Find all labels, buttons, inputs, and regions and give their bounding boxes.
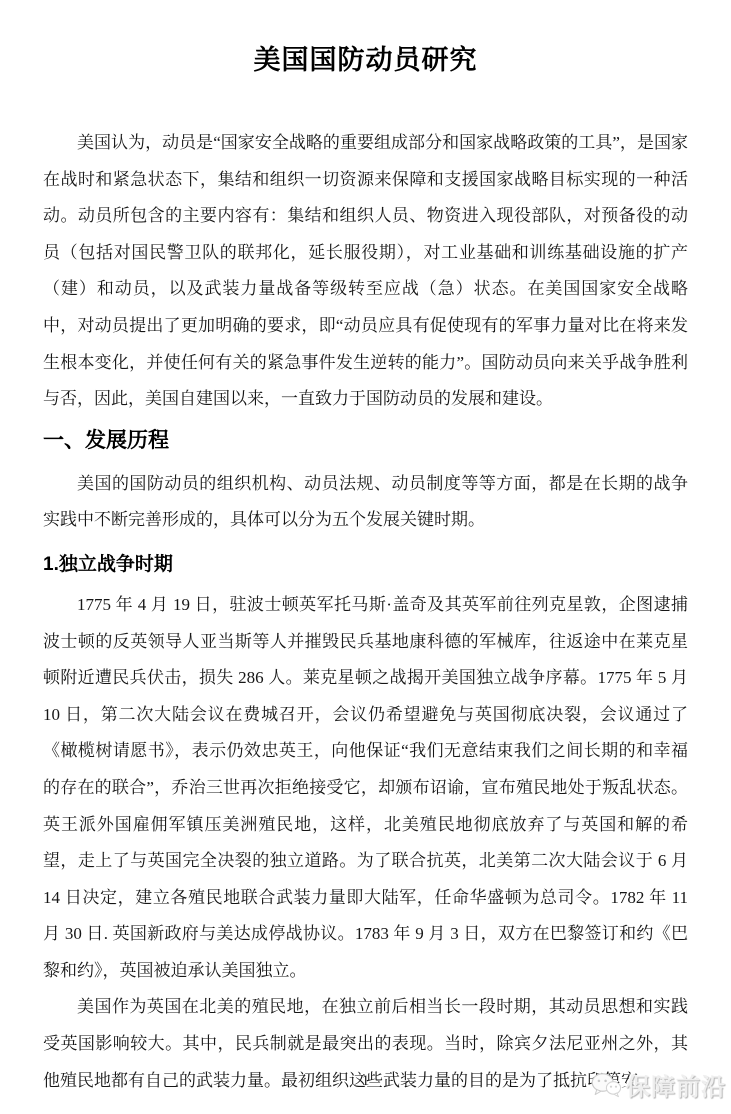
section-lead-paragraph: 美国的国防动员的组织机构、动员法规、动员制度等等方面，都是在长期的战争实践中不断…: [43, 466, 688, 539]
subsection-heading-independence-war: 1.独立战争时期: [43, 549, 688, 581]
document-page: 美国国防动员研究 美国认为，动员是“国家安全战略的重要组成部分和国家战略政策的工…: [0, 0, 731, 1114]
body-paragraph: 1775 年 4 月 19 日，驻波士顿英军托马斯·盖奇及其英军前往列克星敦，企…: [43, 587, 688, 990]
watermark: 保障前沿: [591, 1067, 726, 1102]
document-title: 美国国防动员研究: [43, 38, 688, 77]
wechat-icon: [591, 1072, 621, 1098]
document-content: 美国国防动员研究 美国认为，动员是“国家安全战略的重要组成部分和国家战略政策的工…: [0, 0, 731, 1099]
section-heading-development-history: 一、发展历程: [43, 424, 688, 458]
intro-paragraph: 美国认为，动员是“国家安全战略的重要组成部分和国家战略政策的工具”，是国家在战时…: [43, 125, 688, 418]
watermark-label: 保障前沿: [626, 1067, 726, 1102]
